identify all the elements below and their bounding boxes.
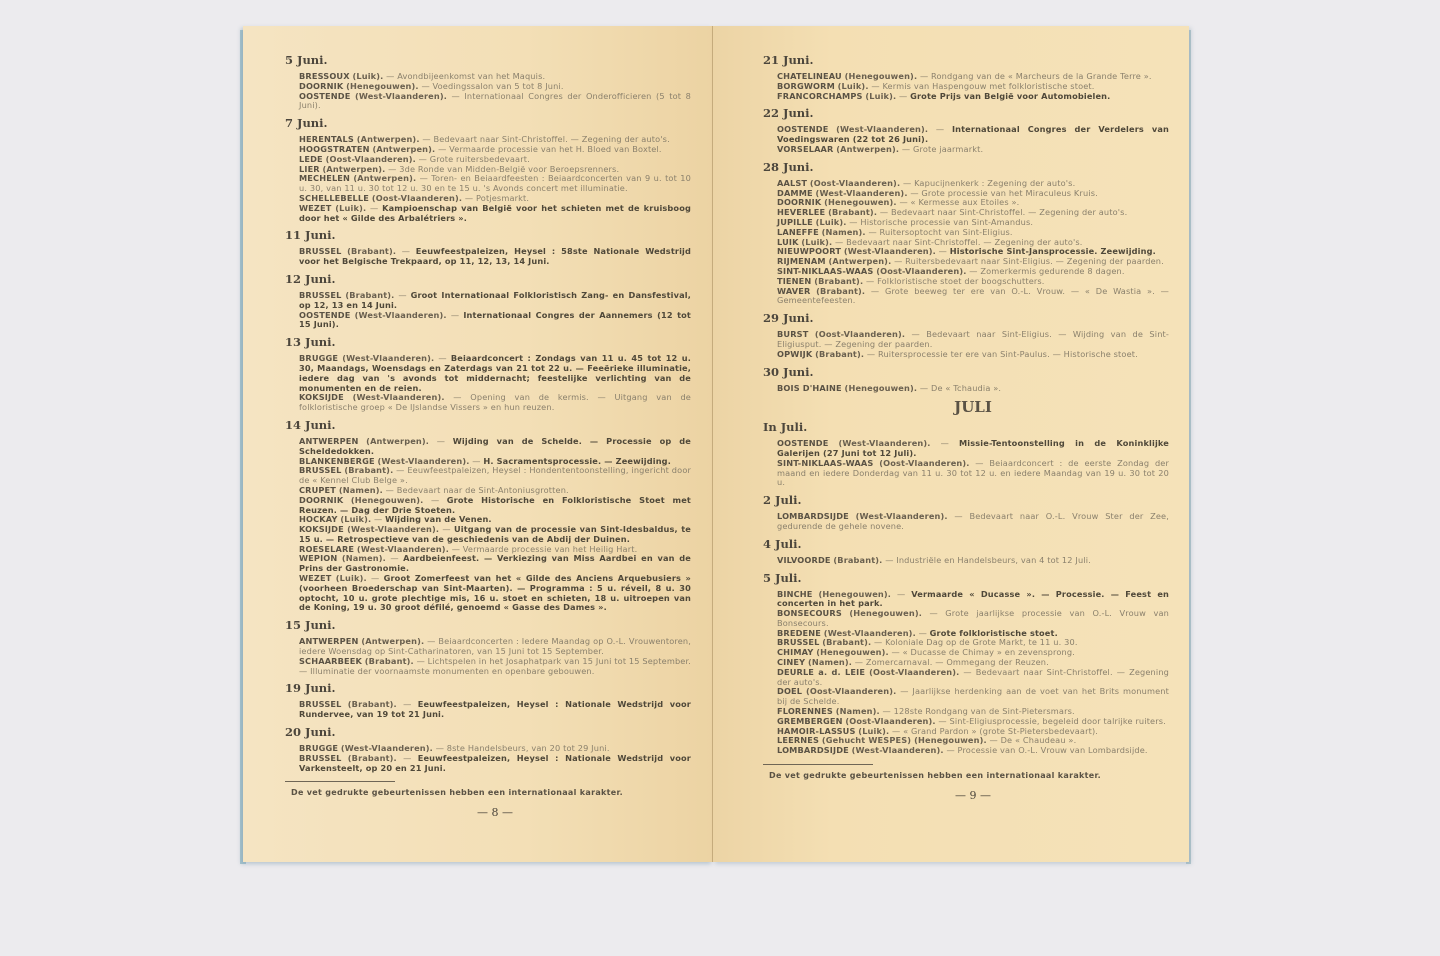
- event-province: (Brabant).: [816, 286, 865, 296]
- event-province: (Brabant).: [815, 349, 864, 359]
- event-location: BURST: [777, 329, 808, 339]
- em-dash-separator: —: [865, 286, 885, 296]
- event-province: (Namen).: [822, 227, 866, 237]
- event-location: DOORNIK: [299, 81, 343, 91]
- date-group: 20 Juni.BRUGGE (West-Vlaanderen). — 8ste…: [299, 726, 691, 773]
- em-dash-separator: —: [917, 383, 931, 393]
- em-dash-separator: —: [419, 81, 433, 91]
- event-entry: DOEL (Oost-Vlaanderen). — Jaarlijkse her…: [777, 687, 1169, 707]
- event-description: Kapucijnenkerk : Zegening der auto's.: [914, 178, 1075, 188]
- event-location: KOKSIJDE: [299, 392, 344, 402]
- event-province: (West-Vlaanderen).: [347, 524, 439, 534]
- date-heading: 20 Juni.: [285, 726, 691, 739]
- em-dash-separator: —: [367, 573, 384, 583]
- date-heading: 12 Juni.: [285, 273, 691, 286]
- em-dash-separator: —: [447, 91, 464, 101]
- event-description: Missie-Tentoonstelling in de Koninklijke…: [777, 438, 1169, 458]
- em-dash-separator: —: [897, 197, 911, 207]
- em-dash-separator: —: [449, 544, 463, 554]
- event-entry: BRUSSEL (Brabant). — Eeuwfeestpaleizen, …: [299, 700, 691, 720]
- page-number: — 8 —: [299, 808, 691, 818]
- event-location: BRUSSEL: [299, 699, 341, 709]
- date-group: 13 Juni.BRUGGE (West-Vlaanderen). — Beia…: [299, 336, 691, 413]
- date-heading: 28 Juni.: [763, 161, 1169, 174]
- event-province: (Luik).: [865, 91, 896, 101]
- em-dash-separator: —: [987, 735, 1001, 745]
- event-entry: LOMBARDSIJDE (West-Vlaanderen). — Proces…: [777, 746, 1169, 756]
- event-location: BRUSSEL: [777, 637, 819, 647]
- event-entry: BINCHE (Henegouwen). — Vermaarde « Ducas…: [777, 590, 1169, 610]
- event-location: OOSTENDE: [299, 91, 350, 101]
- event-location: LOMBARDSIJDE: [777, 511, 849, 521]
- date-heading: 14 Juni.: [285, 419, 691, 432]
- event-entry: KOKSIJDE (West-Vlaanderen). — Uitgang va…: [299, 525, 691, 545]
- date-group: 28 Juni.AALST (Oost-Vlaanderen). — Kapuc…: [777, 161, 1169, 306]
- event-location: HAMOIR-LASSUS: [777, 726, 856, 736]
- em-dash-separator: —: [959, 667, 975, 677]
- event-entry: BONSECOURS (Henegouwen). — Grote jaarlij…: [777, 609, 1169, 629]
- event-province: (Antwerpen).: [361, 636, 424, 646]
- event-location: HERENTALS: [299, 134, 354, 144]
- date-group: 12 Juni.BRUSSEL (Brabant). — Groot Inter…: [299, 273, 691, 330]
- event-province: (Henegouwen).: [824, 197, 897, 207]
- date-group: 15 Juni.ANTWERPEN (Antwerpen). — Beiaard…: [299, 619, 691, 676]
- date-heading: 5 Juni.: [285, 54, 691, 67]
- event-description: Kermis van Haspengouw met folkloristisch…: [882, 81, 1094, 91]
- em-dash-separator: —: [970, 458, 990, 468]
- event-province: (Oost-Vlaanderen).: [810, 178, 900, 188]
- em-dash-separator: —: [383, 485, 397, 495]
- page-number: — 9 —: [777, 791, 1169, 801]
- event-description: Industriële en Handelsbeurs, van 4 tot 1…: [896, 555, 1091, 565]
- event-location: AALST: [777, 178, 807, 188]
- event-description: « Ducasse de Chimay » en zevensprong.: [903, 647, 1075, 657]
- event-province: (Antwerpen).: [353, 173, 416, 183]
- event-location: ANTWERPEN: [299, 436, 359, 446]
- event-description: H. Sacramentsprocessie. — Zeewijding.: [483, 456, 671, 466]
- em-dash-separator: —: [429, 436, 453, 446]
- event-province: (Brabant).: [345, 290, 394, 300]
- event-location: ANTWERPEN: [299, 636, 359, 646]
- em-dash-separator: —: [469, 456, 483, 466]
- event-entry: BOIS D'HAINE (Henegouwen). — De « Tchaud…: [777, 384, 1169, 394]
- event-province: (Antwerpen).: [366, 436, 429, 446]
- event-province: (West-Vlaanderen).: [357, 544, 449, 554]
- em-dash-separator: —: [424, 636, 438, 646]
- event-location: DOORNIK: [299, 495, 343, 505]
- event-description: Bedevaart naar Sint-Christoffel. — Zegen…: [891, 207, 1127, 217]
- event-location: MECHELEN: [299, 173, 350, 183]
- date-heading: 21 Juni.: [763, 54, 1169, 67]
- event-province: (Gehucht WESPES) (Henegouwen).: [822, 735, 987, 745]
- em-dash-separator: —: [869, 81, 883, 91]
- event-province: (Oost-Vlaanderen).: [806, 686, 896, 696]
- event-province: (Antwerpen).: [828, 256, 891, 266]
- event-description: Vermaarde processie van het Heilig Hart.: [463, 544, 638, 554]
- em-dash-separator: —: [889, 726, 903, 736]
- month-heading: JULI: [777, 403, 1169, 413]
- event-province: (Antwerpen).: [323, 164, 386, 174]
- em-dash-separator: —: [462, 193, 476, 203]
- event-description: Historische Sint-Jansprocessie. Zeewijdi…: [950, 246, 1156, 256]
- event-location: SCHAARBEEK: [299, 656, 362, 666]
- event-entry: DOORNIK (Henegouwen). — Grote Historisch…: [299, 496, 691, 516]
- date-heading: 4 Juli.: [763, 538, 1169, 551]
- em-dash-separator: —: [847, 217, 861, 227]
- event-province: (Oost-Vlaanderen).: [879, 458, 969, 468]
- left-page: 5 Juni.BRESSOUX (Luik). — Avondbijeenkom…: [243, 26, 713, 862]
- event-entry: BURST (Oost-Vlaanderen). — Bedevaart naa…: [777, 330, 1169, 350]
- date-group: 4 Juli.VILVOORDE (Brabant). — Industriël…: [777, 538, 1169, 566]
- event-location: FLORENNES: [777, 706, 833, 716]
- event-entry: WEZET (Luik). — Groot Zomerfeest van het…: [299, 574, 691, 613]
- em-dash-separator: —: [877, 207, 891, 217]
- event-location: WEPION: [299, 553, 337, 563]
- em-dash-separator: —: [416, 154, 430, 164]
- event-province: (Henegouwen).: [845, 71, 918, 81]
- event-description: Voedingssalon van 5 tot 8 Juni.: [433, 81, 564, 91]
- event-entry: OPWIJK (Brabant). — Ruitersprocessie ter…: [777, 350, 1169, 360]
- event-location: SCHELLEBELLE: [299, 193, 369, 203]
- em-dash-separator: —: [832, 237, 846, 247]
- em-dash-separator: —: [420, 134, 434, 144]
- event-entry: OOSTENDE (West-Vlaanderen). — Internatio…: [777, 125, 1169, 145]
- em-dash-separator: —: [863, 276, 877, 286]
- event-location: BRUSSEL: [299, 290, 341, 300]
- em-dash-separator: —: [397, 753, 418, 763]
- event-description: Bedevaart naar de Sint-Antoniusgrotten.: [397, 485, 569, 495]
- event-entry: KOKSIJDE (West-Vlaanderen). — Opening va…: [299, 393, 691, 413]
- event-province: (Antwerpen).: [372, 144, 435, 154]
- em-dash-separator: —: [896, 686, 912, 696]
- event-location: HEVERLEE: [777, 207, 825, 217]
- event-entry: SCHAARBEEK (Brabant). — Lichtspelen in h…: [299, 657, 691, 677]
- event-entry: SINT-NIKLAAS-WAAS (Oost-Vlaanderen). — B…: [777, 459, 1169, 488]
- date-group: 5 Juni.BRESSOUX (Luik). — Avondbijeenkom…: [299, 54, 691, 111]
- event-location: LUIK: [777, 237, 799, 247]
- date-group: 14 Juni.ANTWERPEN (Antwerpen). — Wijding…: [299, 419, 691, 613]
- event-entry: FRANCORCHAMPS (Luik). — Grote Prijs van …: [777, 92, 1169, 102]
- date-group: 21 Juni.CHATELINEAU (Henegouwen). — Rond…: [777, 54, 1169, 101]
- em-dash-separator: —: [416, 173, 431, 183]
- event-location: LEDE: [299, 154, 323, 164]
- event-province: (West-Vlaanderen).: [341, 743, 433, 753]
- event-entry: BRUGGE (West-Vlaanderen). — Beiaardconce…: [299, 354, 691, 393]
- event-entry: WEPION (Namen). — Aardbeienfeest. — Verk…: [299, 554, 691, 574]
- date-heading: 5 Juli.: [763, 572, 1169, 585]
- event-location: BREDENE: [777, 628, 821, 638]
- em-dash-separator: —: [948, 511, 970, 521]
- em-dash-separator: —: [385, 164, 399, 174]
- event-province: (Antwerpen).: [357, 134, 420, 144]
- event-location: CHIMAY: [777, 647, 813, 657]
- event-province: (Oost-Vlaanderen).: [372, 193, 462, 203]
- event-description: Grote jaarmarkt.: [913, 144, 983, 154]
- em-dash-separator: —: [908, 188, 922, 198]
- event-description: De « Tchaudia ».: [931, 383, 1001, 393]
- em-dash-separator: —: [917, 71, 931, 81]
- event-location: BRUSSEL: [299, 753, 341, 763]
- date-heading: 30 Juni.: [763, 366, 1169, 379]
- em-dash-separator: —: [928, 124, 952, 134]
- event-location: LOMBARDSIJDE: [777, 745, 849, 755]
- date-group: 5 Juli.BINCHE (Henegouwen). — Vermaarde …: [777, 572, 1169, 757]
- event-description: « Grand Pardon » (grote St-Pietersbedeva…: [903, 726, 1098, 736]
- em-dash-separator: —: [366, 203, 382, 213]
- event-location: LANEFFE: [777, 227, 819, 237]
- em-dash-separator: —: [922, 608, 945, 618]
- event-location: OOSTENDE: [299, 310, 350, 320]
- event-location: BOIS D'HAINE: [777, 383, 842, 393]
- event-entry: ANTWERPEN (Antwerpen). — Wijding van de …: [299, 437, 691, 457]
- event-province: (Henegouwen).: [816, 647, 889, 657]
- event-province: (Brabant).: [828, 207, 877, 217]
- event-location: OPWIJK: [777, 349, 812, 359]
- event-location: VILVOORDE: [777, 555, 831, 565]
- event-province: (Brabant).: [348, 699, 397, 709]
- em-dash-separator: —: [383, 71, 397, 81]
- em-dash-separator: —: [900, 178, 914, 188]
- em-dash-separator: —: [447, 310, 464, 320]
- left-page-content: 5 Juni.BRESSOUX (Luik). — Avondbijeenkom…: [299, 54, 691, 818]
- event-location: BRUGGE: [299, 353, 338, 363]
- em-dash-separator: —: [852, 657, 866, 667]
- event-province: (Namen).: [339, 485, 383, 495]
- event-entry: MECHELEN (Antwerpen). — Toren- en Beiaar…: [299, 174, 691, 194]
- em-dash-separator: —: [891, 256, 905, 266]
- date-group: In Juli.OOSTENDE (West-Vlaanderen). — Mi…: [777, 421, 1169, 488]
- event-description: Grote processie van het Miraculeus Kruis…: [921, 188, 1097, 198]
- event-province: (Namen).: [836, 706, 880, 716]
- event-province: (Henegouwen).: [849, 608, 922, 618]
- date-heading: 7 Juni.: [285, 117, 691, 130]
- event-description: Historische processie van Sint-Amandus.: [860, 217, 1033, 227]
- event-province: (West-Vlaanderen).: [856, 511, 948, 521]
- event-description: Grote folkloristische stoet.: [930, 628, 1058, 638]
- footnote-rule: [285, 781, 395, 782]
- event-province: (West-Vlaanderen).: [342, 353, 434, 363]
- event-location: DEURLE a. d. LEIE: [777, 667, 865, 677]
- em-dash-separator: —: [905, 329, 926, 339]
- event-location: ROESELARE: [299, 544, 354, 554]
- event-location: BLANKENBERGE: [299, 456, 375, 466]
- event-province: (West-Vlaanderen).: [836, 124, 928, 134]
- event-province: (Namen).: [342, 553, 386, 563]
- event-entry: BRUSSEL (Brabant). — Eeuwfeestpaleizen, …: [299, 466, 691, 486]
- footnote-text: De vet gedrukte gebeurtenissen hebben ee…: [291, 788, 691, 798]
- event-entry: OOSTENDE (West-Vlaanderen). — Internatio…: [299, 311, 691, 331]
- em-dash-separator: —: [916, 628, 930, 638]
- event-province: (Oost-Vlaanderen).: [876, 266, 966, 276]
- event-location: JUPILLE: [777, 217, 813, 227]
- date-heading: 15 Juni.: [285, 619, 691, 632]
- em-dash-separator: —: [896, 91, 910, 101]
- em-dash-separator: —: [439, 524, 454, 534]
- event-description: Processie van O.-L. Vrouw van Lombardsij…: [958, 745, 1148, 755]
- date-heading: 19 Juni.: [285, 682, 691, 695]
- em-dash-separator: —: [423, 495, 446, 505]
- em-dash-separator: —: [889, 647, 903, 657]
- right-page-content: 21 Juni.CHATELINEAU (Henegouwen). — Rond…: [777, 54, 1169, 801]
- em-dash-separator: —: [931, 438, 959, 448]
- event-location: WEZET: [299, 203, 332, 213]
- em-dash-separator: —: [899, 144, 913, 154]
- event-entry: DEURLE a. d. LEIE (Oost-Vlaanderen). — B…: [777, 668, 1169, 688]
- em-dash-separator: —: [880, 706, 894, 716]
- em-dash-separator: —: [433, 743, 447, 753]
- event-location: BRUGGE: [299, 743, 338, 753]
- event-province: (West-Vlaanderen).: [844, 246, 936, 256]
- event-description: Rondgang van de « Marcheurs de la Grande…: [931, 71, 1152, 81]
- event-location: WEZET: [299, 573, 332, 583]
- event-province: (West-Vlaanderen).: [839, 438, 931, 448]
- em-dash-separator: —: [864, 349, 878, 359]
- event-province: (Luik).: [801, 237, 832, 247]
- event-province: (Luik).: [816, 217, 847, 227]
- date-heading: 29 Juni.: [763, 312, 1169, 325]
- event-province: (Oost-Vlaanderen).: [845, 716, 935, 726]
- em-dash-separator: —: [394, 290, 410, 300]
- event-province: (Brabant).: [814, 276, 863, 286]
- event-description: Bedevaart naar Sint-Christoffel. — Zegen…: [433, 134, 669, 144]
- event-location: BRUSSEL: [299, 465, 341, 475]
- event-description: Ruitersoptocht van Sint-Eligius.: [880, 227, 1013, 237]
- event-location: LEERNES: [777, 735, 819, 745]
- event-location: HOCKAY: [299, 514, 338, 524]
- event-province: (Oost-Vlaanderen).: [869, 667, 959, 677]
- footnote-text: De vet gedrukte gebeurtenissen hebben ee…: [769, 771, 1169, 781]
- event-entry: BRUSSEL (Brabant). — Eeuwfeestpaleizen, …: [299, 247, 691, 267]
- event-location: DOEL: [777, 686, 802, 696]
- event-province: (Luik).: [335, 203, 366, 213]
- event-province: (Luik).: [352, 71, 383, 81]
- event-description: Folkloristische stoet der boogschutters.: [877, 276, 1045, 286]
- event-location: TIENEN: [777, 276, 811, 286]
- event-location: BONSECOURS: [777, 608, 842, 618]
- event-entry: OOSTENDE (West-Vlaanderen). — Internatio…: [299, 92, 691, 112]
- event-location: CHATELINEAU: [777, 71, 842, 81]
- em-dash-separator: —: [871, 637, 885, 647]
- event-entry: ANTWERPEN (Antwerpen). — Beiaardconcerte…: [299, 637, 691, 657]
- event-location: BRESSOUX: [299, 71, 350, 81]
- em-dash-separator: —: [866, 227, 880, 237]
- event-description: « Kermesse aux Etoiles ».: [911, 197, 1020, 207]
- event-description: Grote Prijs van België voor Automobielen…: [910, 91, 1110, 101]
- event-province: (Henegouwen).: [845, 383, 918, 393]
- event-province: (West-Vlaanderen).: [355, 310, 447, 320]
- event-location: SINT-NIKLAAS-WAAS: [777, 266, 873, 276]
- event-location: OOSTENDE: [777, 124, 828, 134]
- date-group: 19 Juni.BRUSSEL (Brabant). — Eeuwfeestpa…: [299, 682, 691, 720]
- event-province: (Antwerpen).: [836, 144, 899, 154]
- date-group: 22 Juni.OOSTENDE (West-Vlaanderen). — In…: [777, 107, 1169, 154]
- em-dash-separator: —: [936, 716, 950, 726]
- event-location: CINEY: [777, 657, 805, 667]
- event-province: (West-Vlaanderen).: [824, 628, 916, 638]
- date-heading: 11 Juni.: [285, 229, 691, 242]
- event-description: Sint-Eligiusprocessie, begeleid door tal…: [950, 716, 1166, 726]
- em-dash-separator: —: [891, 589, 911, 599]
- event-description: Bedevaart naar Sint-Christoffel. — Zegen…: [846, 237, 1082, 247]
- event-description: Ruitersprocessie ter ere van Sint-Paulus…: [878, 349, 1138, 359]
- event-description: 3de Ronde van Midden-België voor Beroeps…: [399, 164, 619, 174]
- event-location: RIJMENAM: [777, 256, 826, 266]
- event-location: BORGWORM: [777, 81, 835, 91]
- event-province: (Brabant).: [347, 246, 396, 256]
- event-location: FRANCORCHAMPS: [777, 91, 863, 101]
- event-province: (Luik).: [838, 81, 869, 91]
- event-entry: BRUSSEL (Brabant). — Groot Internationaa…: [299, 291, 691, 311]
- em-dash-separator: —: [393, 465, 407, 475]
- event-entry: LOMBARDSIJDE (West-Vlaanderen). — Bedeva…: [777, 512, 1169, 532]
- date-group: 30 Juni.BOIS D'HAINE (Henegouwen). — De …: [777, 366, 1169, 394]
- event-entry: OOSTENDE (West-Vlaanderen). — Missie-Ten…: [777, 439, 1169, 459]
- event-province: (Brabant).: [365, 656, 414, 666]
- event-description: Zomercarnaval. — Ommegang der Reuzen.: [866, 657, 1049, 667]
- em-dash-separator: —: [445, 392, 471, 402]
- event-province: (Luik).: [336, 573, 367, 583]
- event-description: 128ste Rondgang van de Sint-Pietersmars.: [894, 706, 1075, 716]
- event-location: LIER: [299, 164, 320, 174]
- date-group: 2 Juli.LOMBARDSIJDE (West-Vlaanderen). —…: [777, 494, 1169, 532]
- event-description: Potjesmarkt.: [476, 193, 529, 203]
- em-dash-separator: —: [967, 266, 981, 276]
- em-dash-separator: —: [435, 144, 449, 154]
- event-description: Zomerkermis gedurende 8 dagen.: [980, 266, 1124, 276]
- event-province: (Brabant).: [344, 465, 393, 475]
- event-province: (West-Vlaanderen).: [816, 188, 908, 198]
- event-entry: WEZET (Luik). — Kampioenschap van België…: [299, 204, 691, 224]
- event-location: NIEUWPOORT: [777, 246, 841, 256]
- em-dash-separator: —: [397, 699, 418, 709]
- event-province: (West-Vlaanderen).: [353, 392, 445, 402]
- date-heading: In Juli.: [763, 421, 1169, 434]
- event-location: OOSTENDE: [777, 438, 828, 448]
- event-province: (Brabant).: [822, 637, 871, 647]
- event-entry: VILVOORDE (Brabant). — Industriële en Ha…: [777, 556, 1169, 566]
- event-location: VORSELAAR: [777, 144, 834, 154]
- event-province: (West-Vlaanderen).: [355, 91, 447, 101]
- em-dash-separator: —: [882, 555, 896, 565]
- event-description: De « Chaudeau ».: [1001, 735, 1077, 745]
- event-province: (Brabant).: [348, 753, 397, 763]
- event-description: Koloniale Dag op de Grote Markt, te 11 u…: [885, 637, 1077, 647]
- event-location: BINCHE: [777, 589, 813, 599]
- event-province: (West-Vlaanderen).: [852, 745, 944, 755]
- event-entry: VORSELAAR (Antwerpen). — Grote jaarmarkt…: [777, 145, 1169, 155]
- em-dash-separator: —: [396, 246, 416, 256]
- event-province: (Henegouwen).: [346, 81, 419, 91]
- em-dash-separator: —: [944, 745, 958, 755]
- event-description: 8ste Handelsbeurs, van 20 tot 29 Juni.: [447, 743, 610, 753]
- event-description: Ruitersbedevaart naar Sint-Eligius. — Ze…: [905, 256, 1164, 266]
- em-dash-separator: —: [414, 656, 428, 666]
- em-dash-separator: —: [434, 353, 451, 363]
- event-location: SINT-NIKLAAS-WAAS: [777, 458, 873, 468]
- event-description: Grote ruitersbedevaart.: [430, 154, 530, 164]
- event-province: (Luik).: [858, 726, 889, 736]
- event-province: (Oost-Vlaanderen).: [326, 154, 416, 164]
- em-dash-separator: —: [386, 553, 403, 563]
- event-location: HOOGSTRATEN: [299, 144, 370, 154]
- event-province: (Henegouwen).: [351, 495, 424, 505]
- event-province: (West-Vlaanderen).: [377, 456, 469, 466]
- date-group: 7 Juni.HERENTALS (Antwerpen). — Bedevaar…: [299, 117, 691, 223]
- em-dash-separator: —: [371, 514, 385, 524]
- event-province: (Brabant).: [833, 555, 882, 565]
- event-description: Vermaarde processie van het H. Bloed van…: [449, 144, 662, 154]
- event-description: Wijding van de Venen.: [385, 514, 492, 524]
